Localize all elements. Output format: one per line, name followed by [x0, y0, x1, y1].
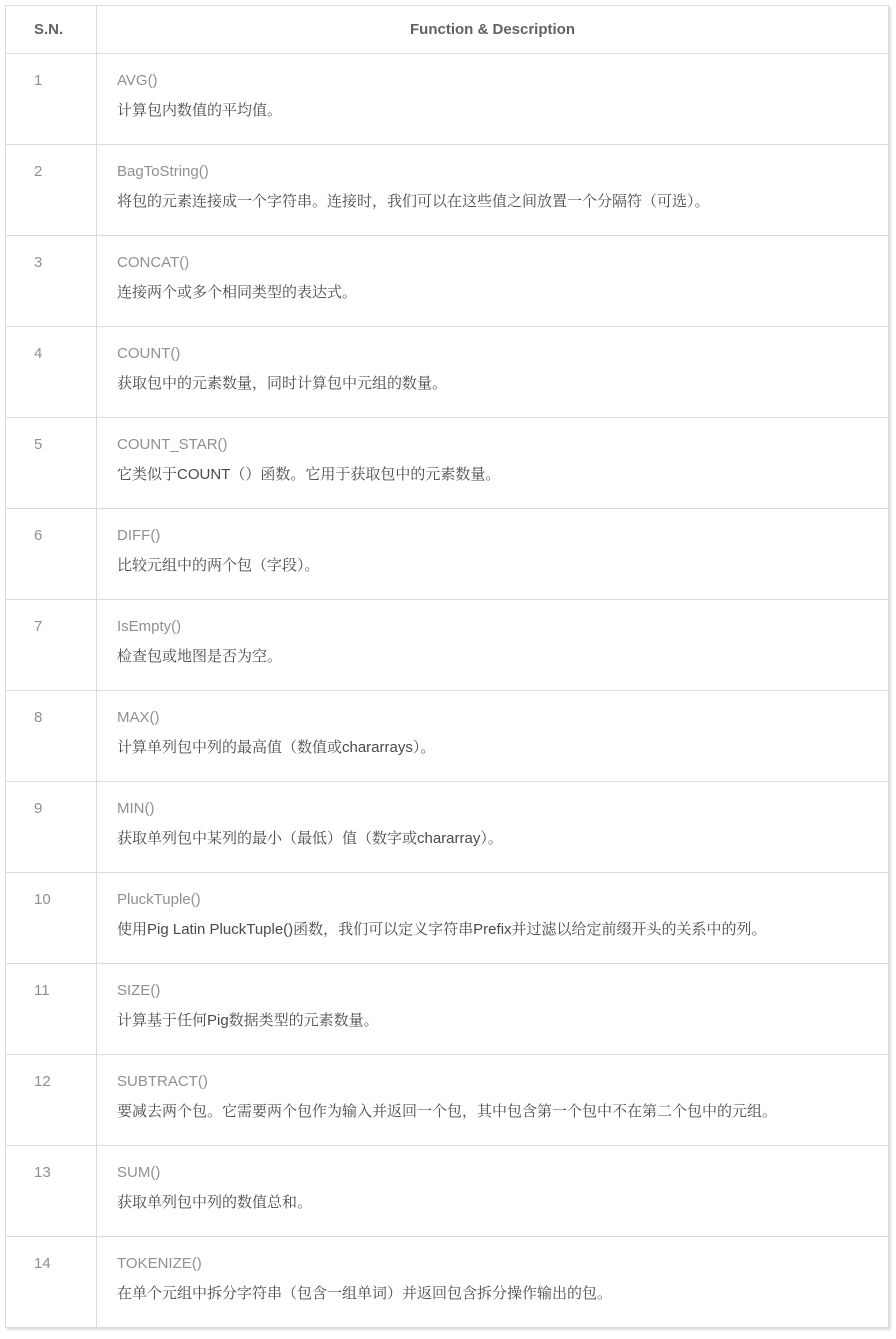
function-description: 获取单列包中某列的最小（最低）值（数字或chararray）。: [117, 824, 868, 854]
page: S.N. Function & Description 1 AVG() 计算包内…: [0, 0, 896, 1339]
function-cell: COUNT_STAR() 它类似于COUNT（）函数。它用于获取包中的元素数量。: [97, 418, 889, 509]
function-description: 在单个元组中拆分字符串（包含一组单词）并返回包含拆分操作输出的包。: [117, 1279, 868, 1309]
serial-number-cell: 12: [6, 1055, 97, 1146]
table-row: 2 BagToString() 将包的元素连接成一个字符串。连接时，我们可以在这…: [6, 145, 889, 236]
function-cell: BagToString() 将包的元素连接成一个字符串。连接时，我们可以在这些值…: [97, 145, 889, 236]
function-name: SIZE(): [117, 976, 868, 1006]
function-description: 比较元组中的两个包（字段）。: [117, 551, 868, 581]
function-name: SUBTRACT(): [117, 1067, 868, 1097]
function-name: DIFF(): [117, 521, 868, 551]
table-row: 12 SUBTRACT() 要减去两个包。它需要两个包作为输入并返回一个包，其中…: [6, 1055, 889, 1146]
function-name: COUNT_STAR(): [117, 430, 868, 460]
function-cell: SUBTRACT() 要减去两个包。它需要两个包作为输入并返回一个包，其中包含第…: [97, 1055, 889, 1146]
serial-number-cell: 13: [6, 1146, 97, 1237]
serial-number-cell: 11: [6, 964, 97, 1055]
table-row: 13 SUM() 获取单列包中列的数值总和。: [6, 1146, 889, 1237]
function-description: 将包的元素连接成一个字符串。连接时，我们可以在这些值之间放置一个分隔符（可选）。: [117, 187, 868, 217]
function-name: BagToString(): [117, 157, 868, 187]
serial-number-cell: 9: [6, 782, 97, 873]
table-row: 14 TOKENIZE() 在单个元组中拆分字符串（包含一组单词）并返回包含拆分…: [6, 1237, 889, 1328]
serial-number-cell: 3: [6, 236, 97, 327]
serial-number-cell: 10: [6, 873, 97, 964]
function-cell: MAX() 计算单列包中列的最高值（数值或chararrays）。: [97, 691, 889, 782]
function-cell: AVG() 计算包内数值的平均值。: [97, 54, 889, 145]
function-cell: COUNT() 获取包中的元素数量，同时计算包中元组的数量。: [97, 327, 889, 418]
table-row: 11 SIZE() 计算基于任何Pig数据类型的元素数量。: [6, 964, 889, 1055]
table-header: S.N. Function & Description: [6, 6, 889, 54]
table-row: 10 PluckTuple() 使用Pig Latin PluckTuple()…: [6, 873, 889, 964]
serial-number-cell: 1: [6, 54, 97, 145]
table-row: 4 COUNT() 获取包中的元素数量，同时计算包中元组的数量。: [6, 327, 889, 418]
function-description: 它类似于COUNT（）函数。它用于获取包中的元素数量。: [117, 460, 868, 490]
function-name: PluckTuple(): [117, 885, 868, 915]
serial-number-cell: 4: [6, 327, 97, 418]
function-description: 计算基于任何Pig数据类型的元素数量。: [117, 1006, 868, 1036]
table-row: 9 MIN() 获取单列包中某列的最小（最低）值（数字或chararray）。: [6, 782, 889, 873]
function-cell: DIFF() 比较元组中的两个包（字段）。: [97, 509, 889, 600]
function-name: TOKENIZE(): [117, 1249, 868, 1279]
function-cell: CONCAT() 连接两个或多个相同类型的表达式。: [97, 236, 889, 327]
header-row: S.N. Function & Description: [6, 6, 889, 54]
function-description: 获取包中的元素数量，同时计算包中元组的数量。: [117, 369, 868, 399]
function-name: AVG(): [117, 66, 868, 96]
function-description: 计算包内数值的平均值。: [117, 96, 868, 126]
function-name: COUNT(): [117, 339, 868, 369]
functions-table: S.N. Function & Description 1 AVG() 计算包内…: [5, 5, 889, 1328]
function-description: 获取单列包中列的数值总和。: [117, 1188, 868, 1218]
function-description: 要减去两个包。它需要两个包作为输入并返回一个包，其中包含第一个包中不在第二个包中…: [117, 1097, 868, 1127]
serial-number-cell: 2: [6, 145, 97, 236]
serial-number-cell: 14: [6, 1237, 97, 1328]
serial-number-cell: 5: [6, 418, 97, 509]
table-row: 6 DIFF() 比较元组中的两个包（字段）。: [6, 509, 889, 600]
table-row: 1 AVG() 计算包内数值的平均值。: [6, 54, 889, 145]
function-name: IsEmpty(): [117, 612, 868, 642]
function-name: SUM(): [117, 1158, 868, 1188]
table-row: 8 MAX() 计算单列包中列的最高值（数值或chararrays）。: [6, 691, 889, 782]
function-cell: IsEmpty() 检查包或地图是否为空。: [97, 600, 889, 691]
function-cell: TOKENIZE() 在单个元组中拆分字符串（包含一组单词）并返回包含拆分操作输…: [97, 1237, 889, 1328]
table-body: 1 AVG() 计算包内数值的平均值。 2 BagToString() 将包的元…: [6, 54, 889, 1328]
function-cell: SUM() 获取单列包中列的数值总和。: [97, 1146, 889, 1237]
function-description: 检查包或地图是否为空。: [117, 642, 868, 672]
function-cell: SIZE() 计算基于任何Pig数据类型的元素数量。: [97, 964, 889, 1055]
function-name: CONCAT(): [117, 248, 868, 278]
header-function-description: Function & Description: [97, 6, 889, 54]
table-row: 7 IsEmpty() 检查包或地图是否为空。: [6, 600, 889, 691]
header-serial-number: S.N.: [6, 6, 97, 54]
serial-number-cell: 6: [6, 509, 97, 600]
function-description: 计算单列包中列的最高值（数值或chararrays）。: [117, 733, 868, 763]
serial-number-cell: 7: [6, 600, 97, 691]
function-name: MAX(): [117, 703, 868, 733]
serial-number-cell: 8: [6, 691, 97, 782]
function-description: 连接两个或多个相同类型的表达式。: [117, 278, 868, 308]
function-cell: MIN() 获取单列包中某列的最小（最低）值（数字或chararray）。: [97, 782, 889, 873]
function-description: 使用Pig Latin PluckTuple()函数，我们可以定义字符串Pref…: [117, 915, 868, 945]
function-name: MIN(): [117, 794, 868, 824]
table-row: 5 COUNT_STAR() 它类似于COUNT（）函数。它用于获取包中的元素数…: [6, 418, 889, 509]
function-cell: PluckTuple() 使用Pig Latin PluckTuple()函数，…: [97, 873, 889, 964]
table-row: 3 CONCAT() 连接两个或多个相同类型的表达式。: [6, 236, 889, 327]
